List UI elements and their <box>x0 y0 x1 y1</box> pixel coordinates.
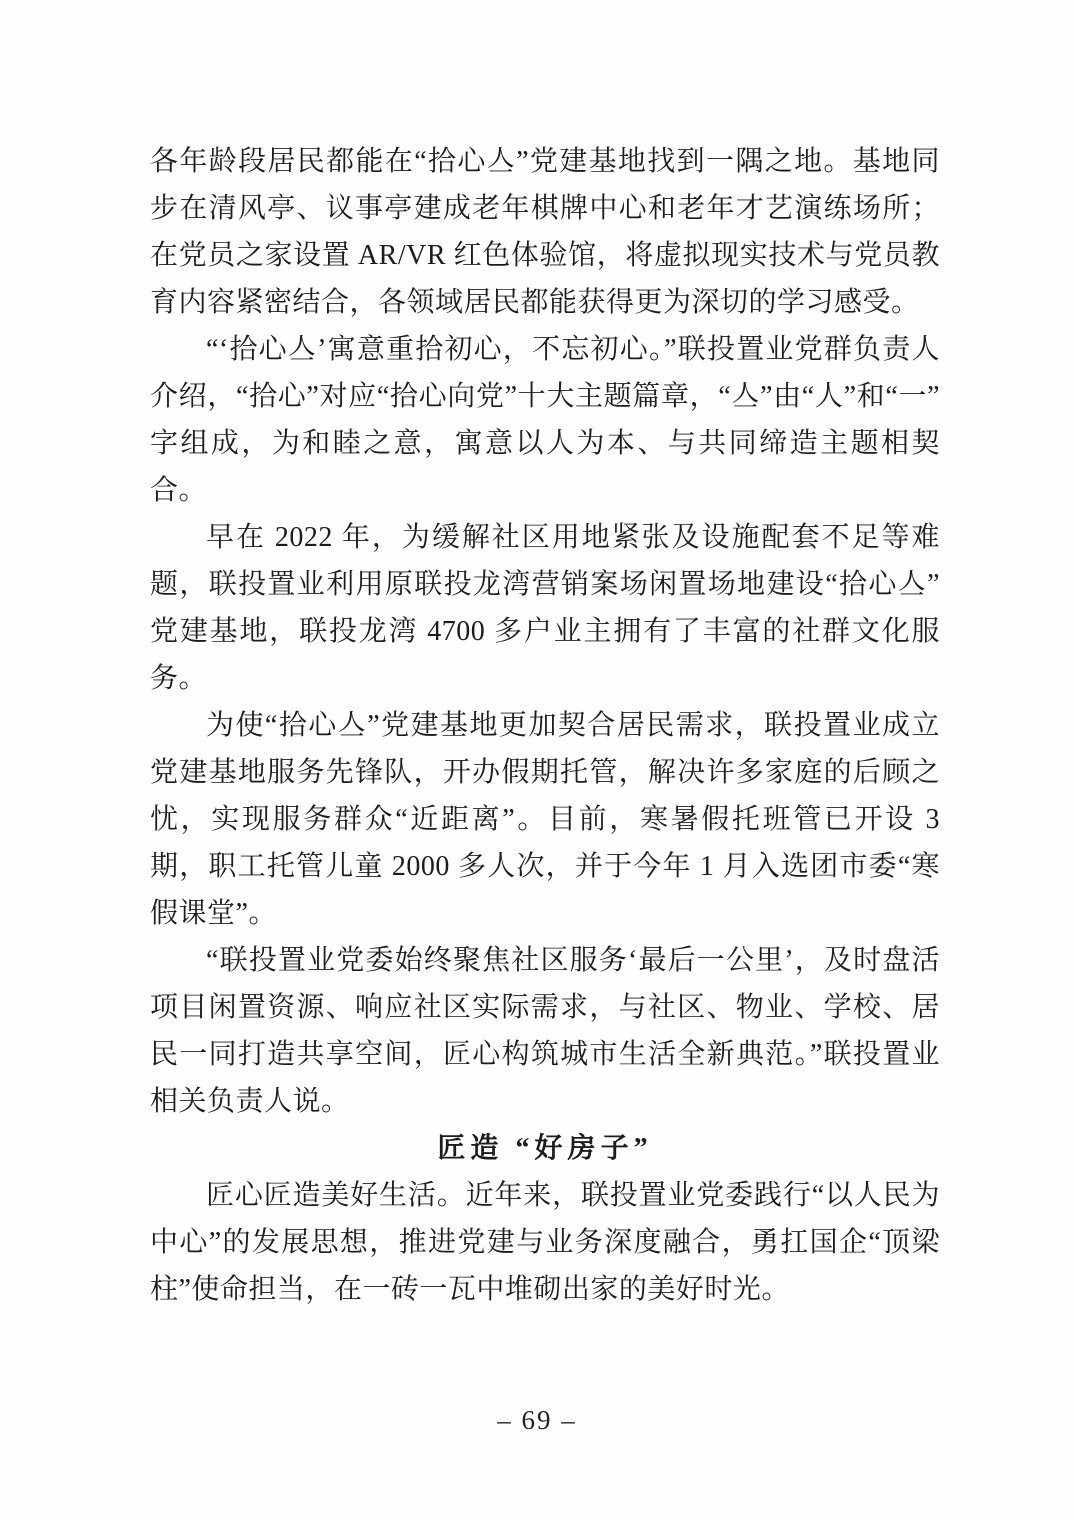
page-footer: – 69 – <box>0 1404 1074 1436</box>
paragraph-6: 匠心匠造美好生活。近年来，联投置业党委践行“以人民为中心”的发展思想，推进党建与… <box>150 1172 940 1313</box>
paragraph-3: 早在 2022 年，为缓解社区用地紧张及设施配套不足等难题，联投置业利用原联投龙… <box>150 514 940 702</box>
section-heading: 匠造 “好房子” <box>150 1125 940 1172</box>
body-text: 各年龄段居民都能在“拾心亼”党建基地找到一隅之地。基地同步在清风亭、议事亭建成老… <box>150 138 940 1313</box>
page-number: – 69 – <box>497 1405 577 1435</box>
document-page: 各年龄段居民都能在“拾心亼”党建基地找到一隅之地。基地同步在清风亭、议事亭建成老… <box>0 0 1074 1520</box>
paragraph-1-continuation: 各年龄段居民都能在“拾心亼”党建基地找到一隅之地。基地同步在清风亭、议事亭建成老… <box>150 138 940 326</box>
paragraph-5: “联投置业党委始终聚焦社区服务‘最后一公里’，及时盘活项目闲置资源、响应社区实际… <box>150 937 940 1125</box>
paragraph-2: “‘拾心亼’寓意重拾初心，不忘初心。”联投置业党群负责人介绍，“拾心”对应“拾心… <box>150 326 940 514</box>
paragraph-4: 为使“拾心亼”党建基地更加契合居民需求，联投置业成立党建基地服务先锋队，开办假期… <box>150 702 940 937</box>
